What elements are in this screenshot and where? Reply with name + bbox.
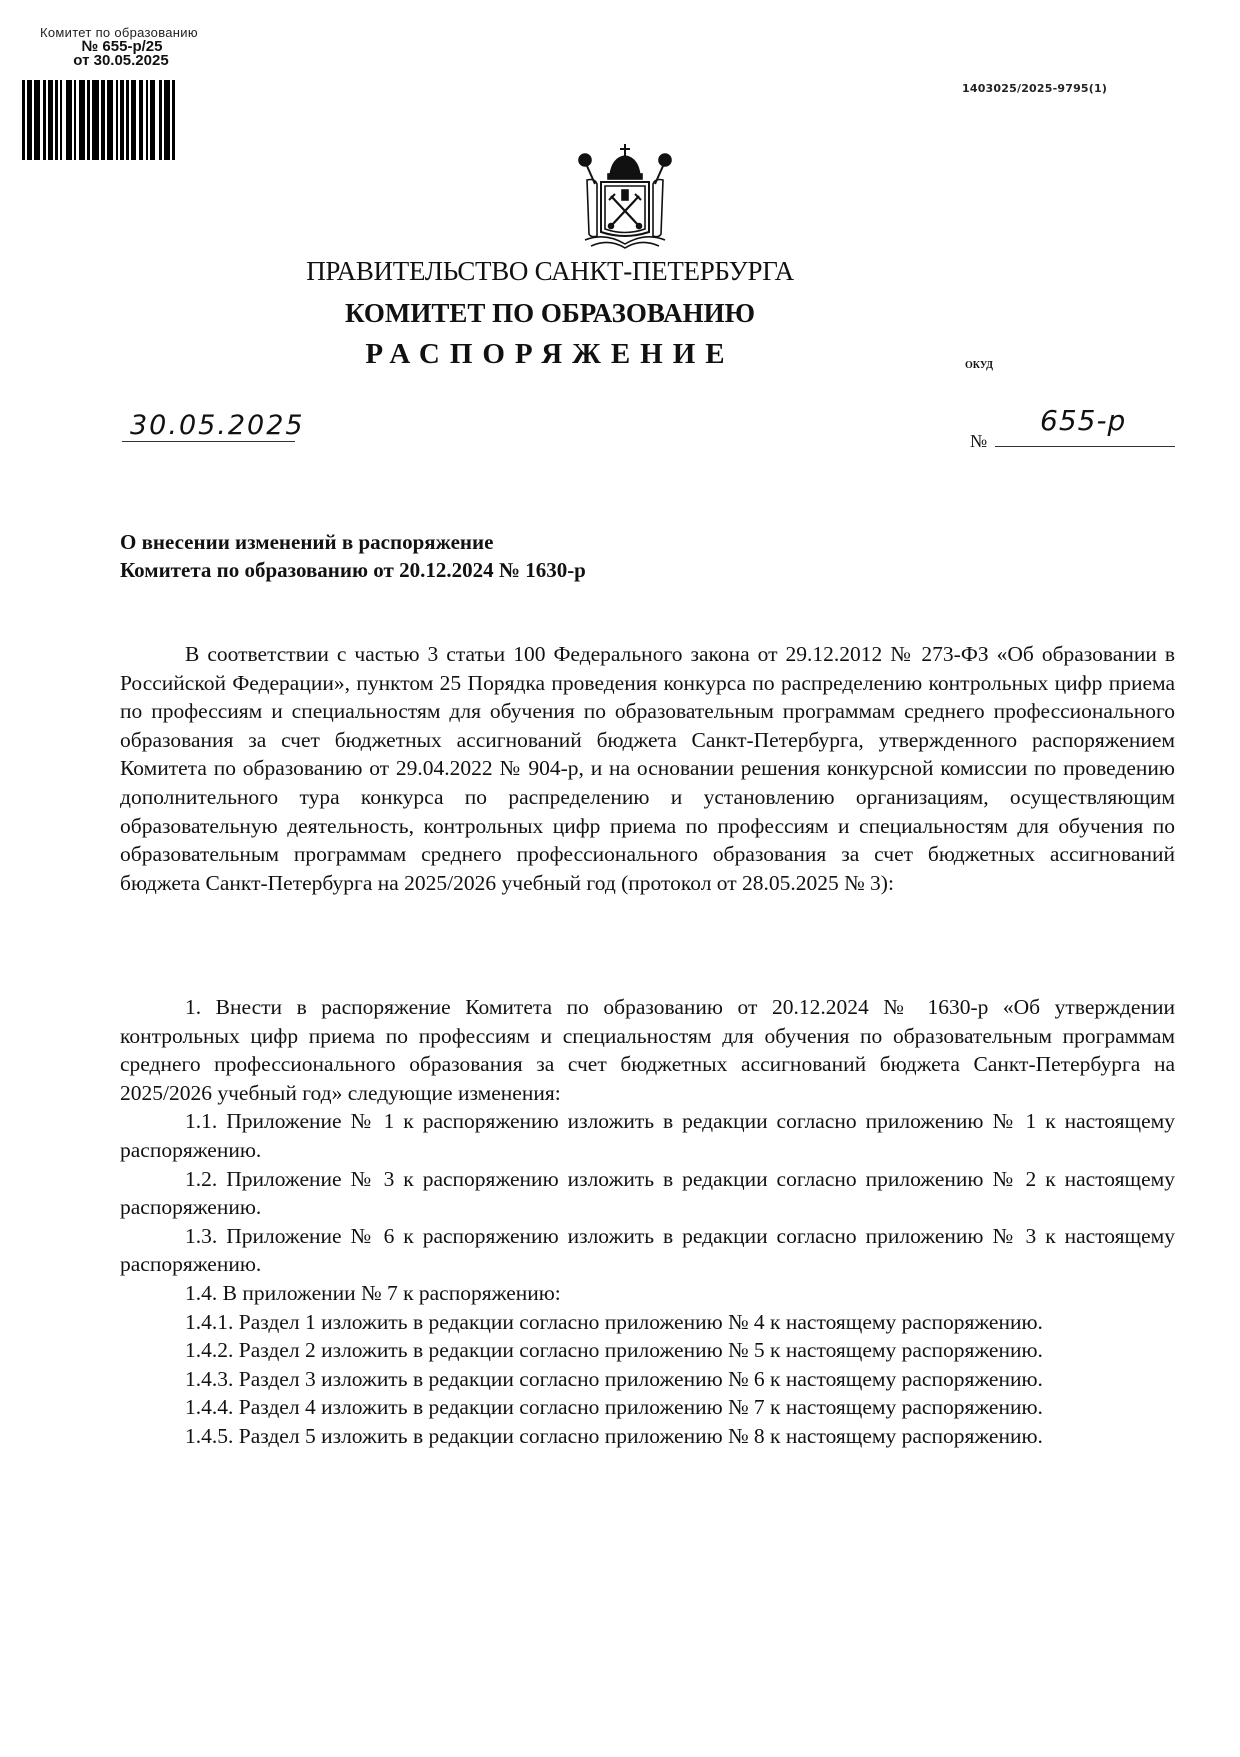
date-underline (122, 441, 295, 442)
okud-label: ОКУД (965, 360, 993, 371)
item-1: 1. Внести в распоряжение Комитета по обр… (120, 993, 1175, 1107)
registration-stamp: Комитет по образованию № 655-р/25 от 30.… (32, 26, 272, 68)
item-1-4-3: 1.4.3. Раздел 3 изложить в редакции согл… (120, 1365, 1175, 1394)
preamble-text: В соответствии с частью 3 статьи 100 Фед… (120, 640, 1175, 897)
item-1-4-4: 1.4.4. Раздел 4 изложить в редакции согл… (120, 1393, 1175, 1422)
number-sign: № (970, 431, 987, 452)
preamble: В соответствии с частью 3 статьи 100 Фед… (120, 640, 1175, 897)
committee-title: КОМИТЕТ ПО ОБРАЗОВАНИЮ (0, 298, 1100, 329)
item-1-4-1: 1.4.1. Раздел 1 изложить в редакции согл… (120, 1308, 1175, 1337)
subject-line-1: О внесении изменений в распоряжение (120, 528, 586, 556)
item-1-1: 1.1. Приложение № 1 к распоряжению излож… (120, 1107, 1175, 1164)
item-1-2: 1.2. Приложение № 3 к распоряжению излож… (120, 1165, 1175, 1222)
order-number: 655-р (1040, 404, 1126, 437)
stamp-date: от 30.05.2025 (0, 54, 272, 68)
document-type: РАСПОРЯЖЕНИЕ (0, 338, 1100, 371)
spb-coat-of-arms-icon (565, 140, 685, 252)
registration-number: 1403025/2025-9795(1) (962, 82, 1107, 95)
subject-line-2: Комитета по образованию от 20.12.2024 № … (120, 556, 586, 584)
subject: О внесении изменений в распоряжение Коми… (120, 528, 586, 584)
barcode-bar (175, 80, 177, 160)
government-title: ПРАВИТЕЛЬСТВО САНКТ-ПЕТЕРБУРГА (0, 256, 1100, 287)
barcode-icon (22, 80, 287, 160)
item-1-3: 1.3. Приложение № 6 к распоряжению излож… (120, 1222, 1175, 1279)
order-items: 1. Внести в распоряжение Комитета по обр… (120, 993, 1175, 1451)
barcode-bar (92, 80, 99, 160)
number-underline (995, 446, 1175, 447)
order-date: 30.05.2025 (130, 410, 305, 441)
item-1-4-5: 1.4.5. Раздел 5 изложить в редакции согл… (120, 1422, 1175, 1451)
item-1-4: 1.4. В приложении № 7 к распоряжению: (120, 1279, 1175, 1308)
item-1-4-2: 1.4.2. Раздел 2 изложить в редакции согл… (120, 1336, 1175, 1365)
